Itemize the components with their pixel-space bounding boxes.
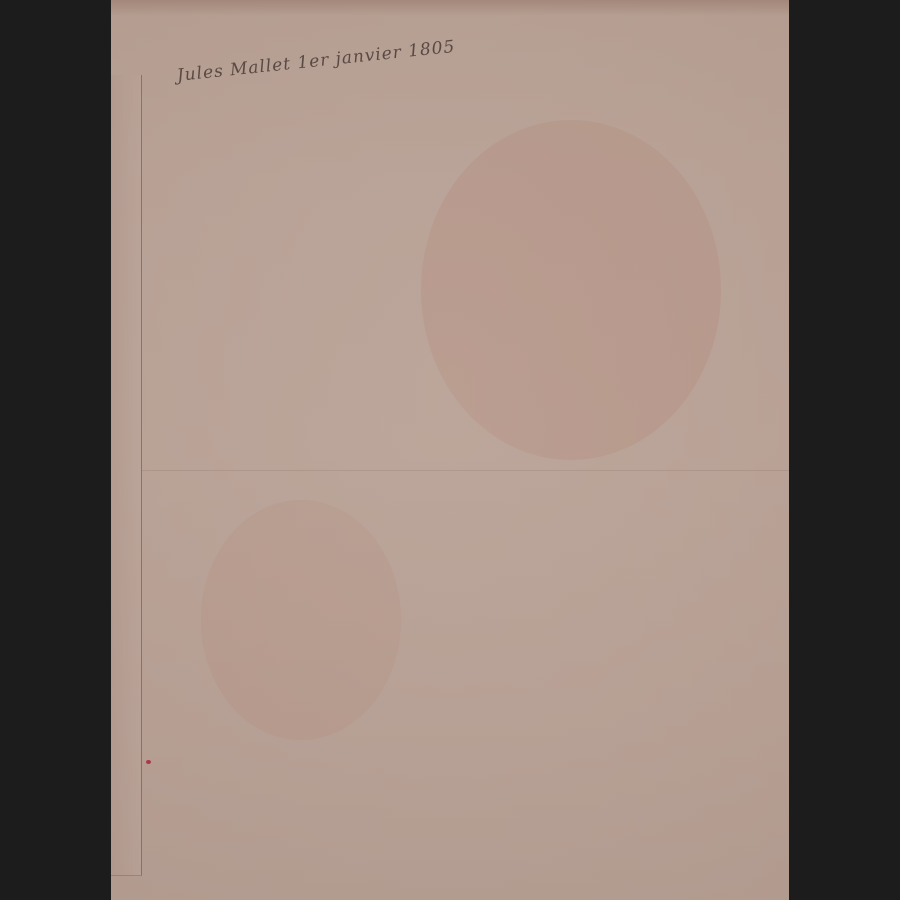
red-ink-mark <box>146 760 151 764</box>
foxing-stain <box>201 500 401 740</box>
foxing-stain <box>421 120 721 460</box>
torn-top-edge <box>111 0 789 16</box>
fold-line <box>141 470 789 471</box>
left-mounting-strip <box>111 75 142 876</box>
paper-sheet: Jules Mallet 1er janvier 1805 <box>111 0 789 900</box>
handwritten-inscription: Jules Mallet 1er janvier 1805 <box>176 37 456 86</box>
